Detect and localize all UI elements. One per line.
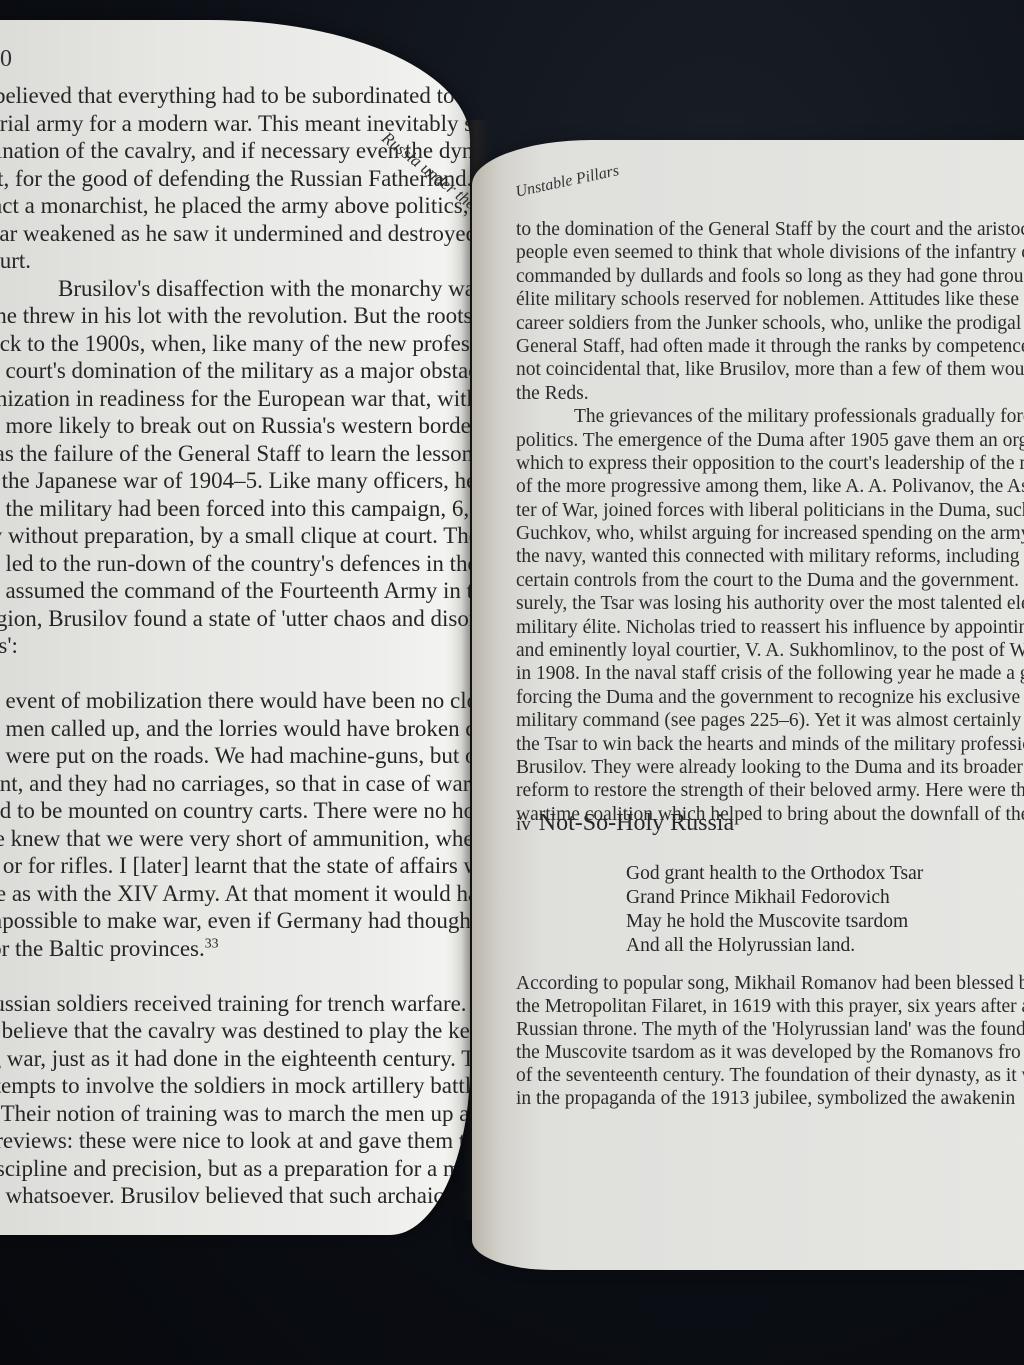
right-page: Unstable Pillars to the domination of th…	[472, 140, 1024, 1270]
text-line: certain controls from the court to the D…	[516, 569, 1024, 592]
text-line: back to the 1900s, when, like many of th…	[0, 330, 448, 358]
section-body-text: According to popular song, Mikhail Roman…	[516, 972, 1024, 1110]
right-body-text: to the domination of the General Staff b…	[516, 218, 1024, 826]
epigraph-line: And all the Holyrussian land.	[626, 934, 923, 958]
text-line: court.	[0, 247, 448, 275]
text-line: surely, the Tsar was losing his authorit…	[516, 592, 1024, 615]
text-line: The grievances of the military professio…	[516, 405, 1024, 428]
text-line: and eminently loyal courtier, V. A. Sukh…	[516, 639, 1024, 662]
text-line: Tsar weakened as he saw it undermined an…	[0, 220, 448, 248]
text-line: e believed that everything had to be sub…	[0, 82, 448, 110]
text-line: which to express their opposition to the…	[516, 452, 1024, 475]
text-line: the Tsar to win back the hearts and mind…	[516, 733, 1024, 756]
quote-line: had to be mounted on country carts. Ther…	[0, 797, 448, 825]
page-number: 0	[0, 46, 12, 73]
quote-line: ry or for rifles. I [later] learnt that …	[0, 852, 448, 880]
text-line: attempts to involve the soldiers in mock…	[0, 1072, 448, 1100]
text-line: n he threw in his lot with the revolutio…	[0, 302, 448, 330]
text-line: forcing the Duma and the government to r…	[516, 686, 1024, 709]
section-title: Not-So-Holy Russia	[539, 810, 734, 836]
text-line: was the failure of the General Staff to …	[0, 440, 448, 468]
text-line: ng war, just as it had done in the eight…	[0, 1045, 448, 1073]
text-line: ernization in readiness for the European…	[0, 385, 448, 413]
text-line: in 1908. In the naval staff crisis of th…	[516, 662, 1024, 685]
text-line: General Staff, had often made it through…	[516, 335, 1024, 358]
text-line: ed more likely to break out on Russia's …	[0, 412, 448, 440]
quote-line: nent, and they had no carriages, so that…	[0, 770, 448, 798]
text-line: mination of the cavalry, and if necessar…	[0, 137, 448, 165]
text-line: ces':	[0, 632, 448, 660]
text-line: of the seventeenth century. The foundati…	[516, 1064, 1024, 1087]
text-line: lly without preparation, by a small cliq…	[0, 522, 448, 550]
quote-line: we knew that we were very short of ammun…	[0, 825, 448, 853]
footnote-marker: 33	[205, 935, 219, 950]
quote-line: me as with the XIV Army. At that moment …	[0, 880, 448, 908]
text-line: Guchkov, who, whilst arguing for increas…	[516, 522, 1024, 545]
running-head-right: Unstable Pillars	[514, 162, 621, 202]
text-line: career soldiers from the Junker schools,…	[516, 312, 1024, 335]
text-line: ad led to the run-down of the country's …	[0, 550, 448, 578]
text-line: to believe that the cavalry was destined…	[0, 1017, 448, 1045]
section-number: iv	[516, 814, 531, 835]
text-line: to the domination of the General Staff b…	[516, 218, 1024, 241]
text-line: urt, for the good of defending the Russi…	[0, 165, 448, 193]
text-line: the Muscovite tsardom as it was develope…	[516, 1041, 1024, 1064]
text-line: ue whatsoever. Brusilov believed that su…	[0, 1182, 448, 1210]
text-line: According to popular song, Mikhail Roman…	[516, 972, 1024, 995]
text-line: Brusilov's disaffection with the monarch…	[0, 275, 448, 303]
text-line: military élite. Nicholas tried to reasse…	[516, 616, 1024, 639]
quote-line: l or the Baltic provinces.33	[0, 935, 448, 963]
text-line: commanded by dullards and fools so long …	[516, 265, 1024, 288]
text-line: élite military schools reserved for nobl…	[516, 288, 1024, 311]
text-line: Brusilov. They were already looking to t…	[516, 756, 1024, 779]
text-line: the Metropolitan Filaret, in 1619 with t…	[516, 995, 1024, 1018]
text-line: Russian throne. The myth of the 'Holyrus…	[516, 1018, 1024, 1041]
quote-line: ey were put on the roads. We had machine…	[0, 742, 448, 770]
epigraph-line: May he hold the Muscovite tsardom	[626, 910, 923, 934]
text-line: he court's domination of the military as…	[0, 357, 448, 385]
left-page: 0 Russia under the Old e believed that e…	[0, 20, 470, 1235]
quote-line: impossible to make war, even if Germany …	[0, 907, 448, 935]
text-line: ay the military had been forced into thi…	[0, 495, 448, 523]
text-line: n. Their notion of training was to march…	[0, 1100, 448, 1128]
text-line: reform to restore the strength of their …	[516, 779, 1024, 802]
text-line: military command (see pages 225–6). Yet …	[516, 709, 1024, 732]
text-line: tinct a monarchist, he placed the army a…	[0, 192, 448, 220]
epigraph-line: Grand Prince Mikhail Fedorovich	[626, 886, 923, 910]
text-line: discipline and precision, but as a prepa…	[0, 1155, 448, 1183]
text-line: the navy, wanted this connected with mil…	[516, 545, 1024, 568]
text-line: in the Japanese war of 1904–5. Like many…	[0, 467, 448, 495]
text-line: d reviews: these were nice to look at an…	[0, 1127, 448, 1155]
quote-line: ne event of mobilization there would hav…	[0, 687, 448, 715]
paragraph-gap	[0, 962, 448, 990]
text-line: the Reds.	[516, 382, 1024, 405]
text-line: Russian soldiers received training for t…	[0, 990, 448, 1018]
left-body-text: e believed that everything had to be sub…	[0, 82, 448, 1210]
section-heading: ivNot-So-Holy Russia	[516, 810, 734, 837]
text-line: perial army for a modern war. This meant…	[0, 110, 448, 138]
text-line: of the more progressive among them, like…	[516, 475, 1024, 498]
text-line: region, Brusilov found a state of 'utter…	[0, 605, 448, 633]
epigraph: God grant health to the Orthodox TsarGra…	[626, 862, 923, 958]
text-line: people even seemed to think that whole d…	[516, 241, 1024, 264]
text-line: ter of War, joined forces with liberal p…	[516, 499, 1024, 522]
text-line: in the propaganda of the 1913 jubilee, s…	[516, 1087, 1024, 1110]
epigraph-line: God grant health to the Orthodox Tsar	[626, 862, 923, 886]
text-line: not coincidental that, like Brusilov, mo…	[516, 358, 1024, 381]
paragraph-gap	[0, 660, 448, 688]
quote-line: he men called up, and the lorries would …	[0, 715, 448, 743]
text-line: he assumed the command of the Fourteenth…	[0, 577, 448, 605]
text-line: politics. The emergence of the Duma afte…	[516, 429, 1024, 452]
